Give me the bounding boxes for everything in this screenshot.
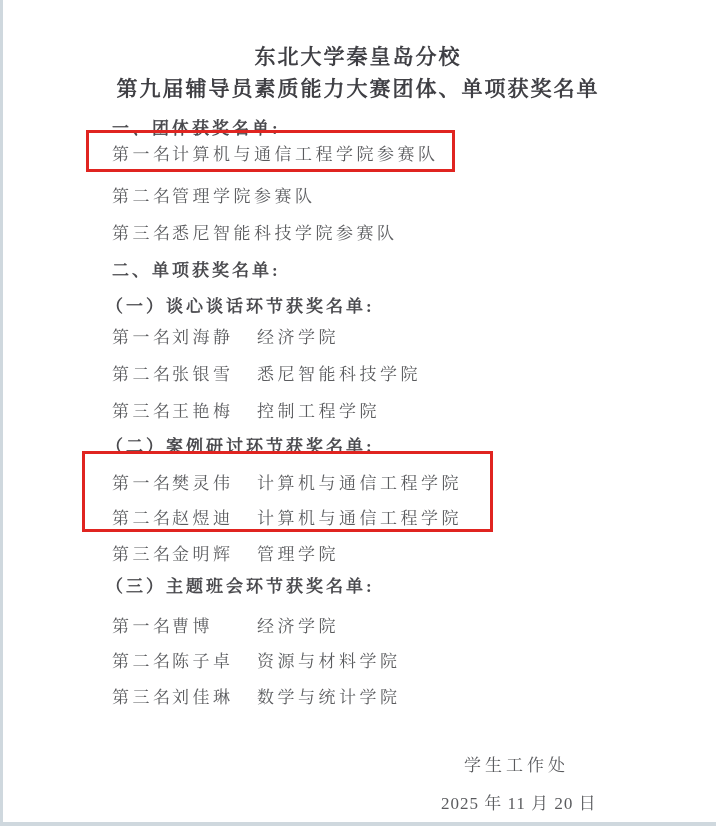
rank-cell: 第二名 xyxy=(112,182,172,207)
team-cell: 悉尼智能科技学院参赛队 xyxy=(172,219,398,244)
table-row: 第三名 刘佳琳 数学与统计学院 xyxy=(112,683,401,708)
page-edge-left xyxy=(0,0,3,826)
rank-cell: 第一名 xyxy=(112,323,172,348)
college-cell: 经济学院 xyxy=(257,323,339,348)
rank-cell: 第三名 xyxy=(112,683,172,708)
college-cell: 数学与统计学院 xyxy=(257,683,401,708)
subsection-heading-class-meeting: （三）主题班会环节获奖名单: xyxy=(106,572,375,597)
rank-cell: 第二名 xyxy=(112,504,172,529)
subsection-heading-case: （二）案例研讨环节获奖名单: xyxy=(106,432,375,457)
name-cell: 曹博 xyxy=(172,612,257,637)
section-heading-team: 一、团体获奖名单: xyxy=(112,114,281,139)
college-cell: 计算机与通信工程学院 xyxy=(257,504,462,529)
college-cell: 经济学院 xyxy=(257,612,339,637)
document-title-line2: 第九届辅导员素质能力大赛团体、单项获奖名单 xyxy=(0,73,716,103)
college-cell: 管理学院 xyxy=(257,540,339,565)
rank-cell: 第一名 xyxy=(112,140,172,165)
name-cell: 赵煜迪 xyxy=(172,504,257,529)
table-row: 第三名 悉尼智能科技学院参赛队 xyxy=(112,219,398,244)
college-cell: 控制工程学院 xyxy=(257,397,380,422)
table-row: 第二名 陈子卓 资源与材料学院 xyxy=(112,647,401,672)
rank-cell: 第三名 xyxy=(112,397,172,422)
rank-cell: 第一名 xyxy=(112,612,172,637)
name-cell: 王艳梅 xyxy=(172,397,257,422)
table-row: 第一名 曹博 经济学院 xyxy=(112,612,339,637)
name-cell: 金明辉 xyxy=(172,540,257,565)
team-cell: 计算机与通信工程学院参赛队 xyxy=(172,140,439,165)
rank-cell: 第一名 xyxy=(112,469,172,494)
table-row: 第二名 赵煜迪 计算机与通信工程学院 xyxy=(112,504,462,529)
rank-cell: 第二名 xyxy=(112,647,172,672)
table-row: 第二名 管理学院参赛队 xyxy=(112,182,316,207)
name-cell: 樊灵伟 xyxy=(172,469,257,494)
table-row: 第一名 樊灵伟 计算机与通信工程学院 xyxy=(112,469,462,494)
table-row: 第二名 张银雪 悉尼智能科技学院 xyxy=(112,360,421,385)
table-row: 第三名 王艳梅 控制工程学院 xyxy=(112,397,380,422)
table-row: 第三名 金明辉 管理学院 xyxy=(112,540,339,565)
rank-cell: 第三名 xyxy=(112,540,172,565)
page-edge-bottom xyxy=(0,822,716,826)
name-cell: 刘佳琳 xyxy=(172,683,257,708)
name-cell: 刘海静 xyxy=(172,323,257,348)
name-cell: 张银雪 xyxy=(172,360,257,385)
college-cell: 计算机与通信工程学院 xyxy=(257,469,462,494)
subsection-heading-talk: （一）谈心谈话环节获奖名单: xyxy=(106,292,375,317)
rank-cell: 第二名 xyxy=(112,360,172,385)
signature-department: 学生工作处 xyxy=(464,751,569,776)
document-page: 东北大学秦皇岛分校 第九届辅导员素质能力大赛团体、单项获奖名单 一、团体获奖名单… xyxy=(0,0,716,826)
team-cell: 管理学院参赛队 xyxy=(172,182,316,207)
document-title-line1: 东北大学秦皇岛分校 xyxy=(0,41,716,71)
college-cell: 资源与材料学院 xyxy=(257,647,401,672)
section-heading-individual: 二、单项获奖名单: xyxy=(112,256,281,281)
college-cell: 悉尼智能科技学院 xyxy=(257,360,421,385)
signature-date: 2025 年 11 月 20 日 xyxy=(441,789,597,814)
rank-cell: 第三名 xyxy=(112,219,172,244)
table-row: 第一名 计算机与通信工程学院参赛队 xyxy=(112,140,439,165)
table-row: 第一名 刘海静 经济学院 xyxy=(112,323,339,348)
name-cell: 陈子卓 xyxy=(172,647,257,672)
